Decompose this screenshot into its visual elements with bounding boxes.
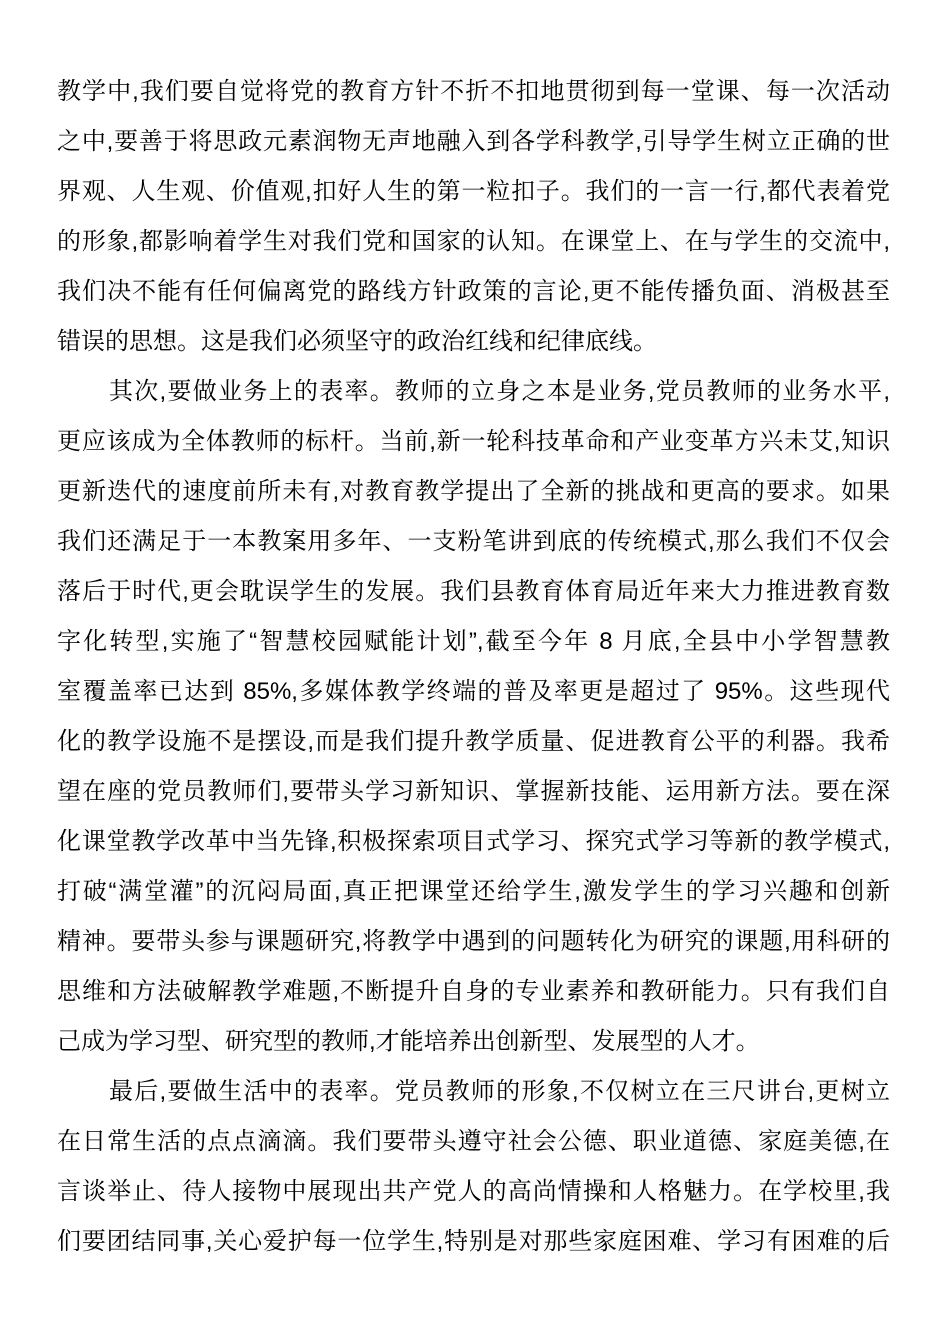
text-line: 之中,要善于将思政元素润物无声地融入到各学科教学,引导学生树立正确的世 bbox=[57, 117, 890, 167]
text-line: 化课堂教学改革中当先锋,积极探索项目式学习、探究式学习等新的教学模式, bbox=[57, 817, 890, 867]
text-line: 们要团结同事,关心爱护每一位学生,特别是对那些家庭困难、学习有困难的后 bbox=[57, 1217, 890, 1267]
text-line: 教学中,我们要自觉将党的教育方针不折不扣地贯彻到每一堂课、每一次活动 bbox=[57, 67, 890, 117]
text-line: 精神。要带头参与课题研究,将教学中遇到的问题转化为研究的课题,用科研的 bbox=[57, 917, 890, 967]
text-line: 在日常生活的点点滴滴。我们要带头遵守社会公德、职业道德、家庭美德,在 bbox=[57, 1117, 890, 1167]
text-line: 己成为学习型、研究型的教师,才能培养出创新型、发展型的人才。 bbox=[57, 1017, 890, 1067]
paragraph-3: 最后,要做生活中的表率。党员教师的形象,不仅树立在三尺讲台,更树立 在日常生活的… bbox=[57, 1067, 890, 1267]
text-line: 的形象,都影响着学生对我们党和国家的认知。在课堂上、在与学生的交流中, bbox=[57, 217, 890, 267]
text-line: 更应该成为全体教师的标杆。当前,新一轮科技革命和产业变革方兴未艾,知识 bbox=[57, 417, 890, 467]
paragraph-1: 教学中,我们要自觉将党的教育方针不折不扣地贯彻到每一堂课、每一次活动 之中,要善… bbox=[57, 67, 890, 367]
text-line: 打破“满堂灌”的沉闷局面,真正把课堂还给学生,激发学生的学习兴趣和创新 bbox=[57, 867, 890, 917]
document-body: 教学中,我们要自觉将党的教育方针不折不扣地贯彻到每一堂课、每一次活动 之中,要善… bbox=[57, 67, 890, 1267]
document-page: 教学中,我们要自觉将党的教育方针不折不扣地贯彻到每一堂课、每一次活动 之中,要善… bbox=[0, 0, 950, 1344]
text-line: 界观、人生观、价值观,扣好人生的第一粒扣子。我们的一言一行,都代表着党 bbox=[57, 167, 890, 217]
text-line: 我们决不能有任何偏离党的路线方针政策的言论,更不能传播负面、消极甚至 bbox=[57, 267, 890, 317]
text-line: 其次,要做业务上的表率。教师的立身之本是业务,党员教师的业务水平, bbox=[57, 367, 890, 417]
text-line: 我们还满足于一本教案用多年、一支粉笔讲到底的传统模式,那么我们不仅会 bbox=[57, 517, 890, 567]
text-line: 化的教学设施不是摆设,而是我们提升教学质量、促进教育公平的利器。我希 bbox=[57, 717, 890, 767]
text-line: 字化转型,实施了“智慧校园赋能计划”,截至今年 8 月底,全县中小学智慧教 bbox=[57, 617, 890, 667]
text-line: 更新迭代的速度前所未有,对教育教学提出了全新的挑战和更高的要求。如果 bbox=[57, 467, 890, 517]
text-line: 落后于时代,更会耽误学生的发展。我们县教育体育局近年来大力推进教育数 bbox=[57, 567, 890, 617]
text-line: 错误的思想。这是我们必须坚守的政治红线和纪律底线。 bbox=[57, 317, 890, 367]
text-line: 望在座的党员教师们,要带头学习新知识、掌握新技能、运用新方法。要在深 bbox=[57, 767, 890, 817]
text-line: 最后,要做生活中的表率。党员教师的形象,不仅树立在三尺讲台,更树立 bbox=[57, 1067, 890, 1117]
paragraph-2: 其次,要做业务上的表率。教师的立身之本是业务,党员教师的业务水平, 更应该成为全… bbox=[57, 367, 890, 1067]
text-line: 室覆盖率已达到 85%,多媒体教学终端的普及率更是超过了 95%。这些现代 bbox=[57, 667, 890, 717]
text-line: 思维和方法破解教学难题,不断提升自身的专业素养和教研能力。只有我们自 bbox=[57, 967, 890, 1017]
text-line: 言谈举止、待人接物中展现出共产党人的高尚情操和人格魅力。在学校里,我 bbox=[57, 1167, 890, 1217]
